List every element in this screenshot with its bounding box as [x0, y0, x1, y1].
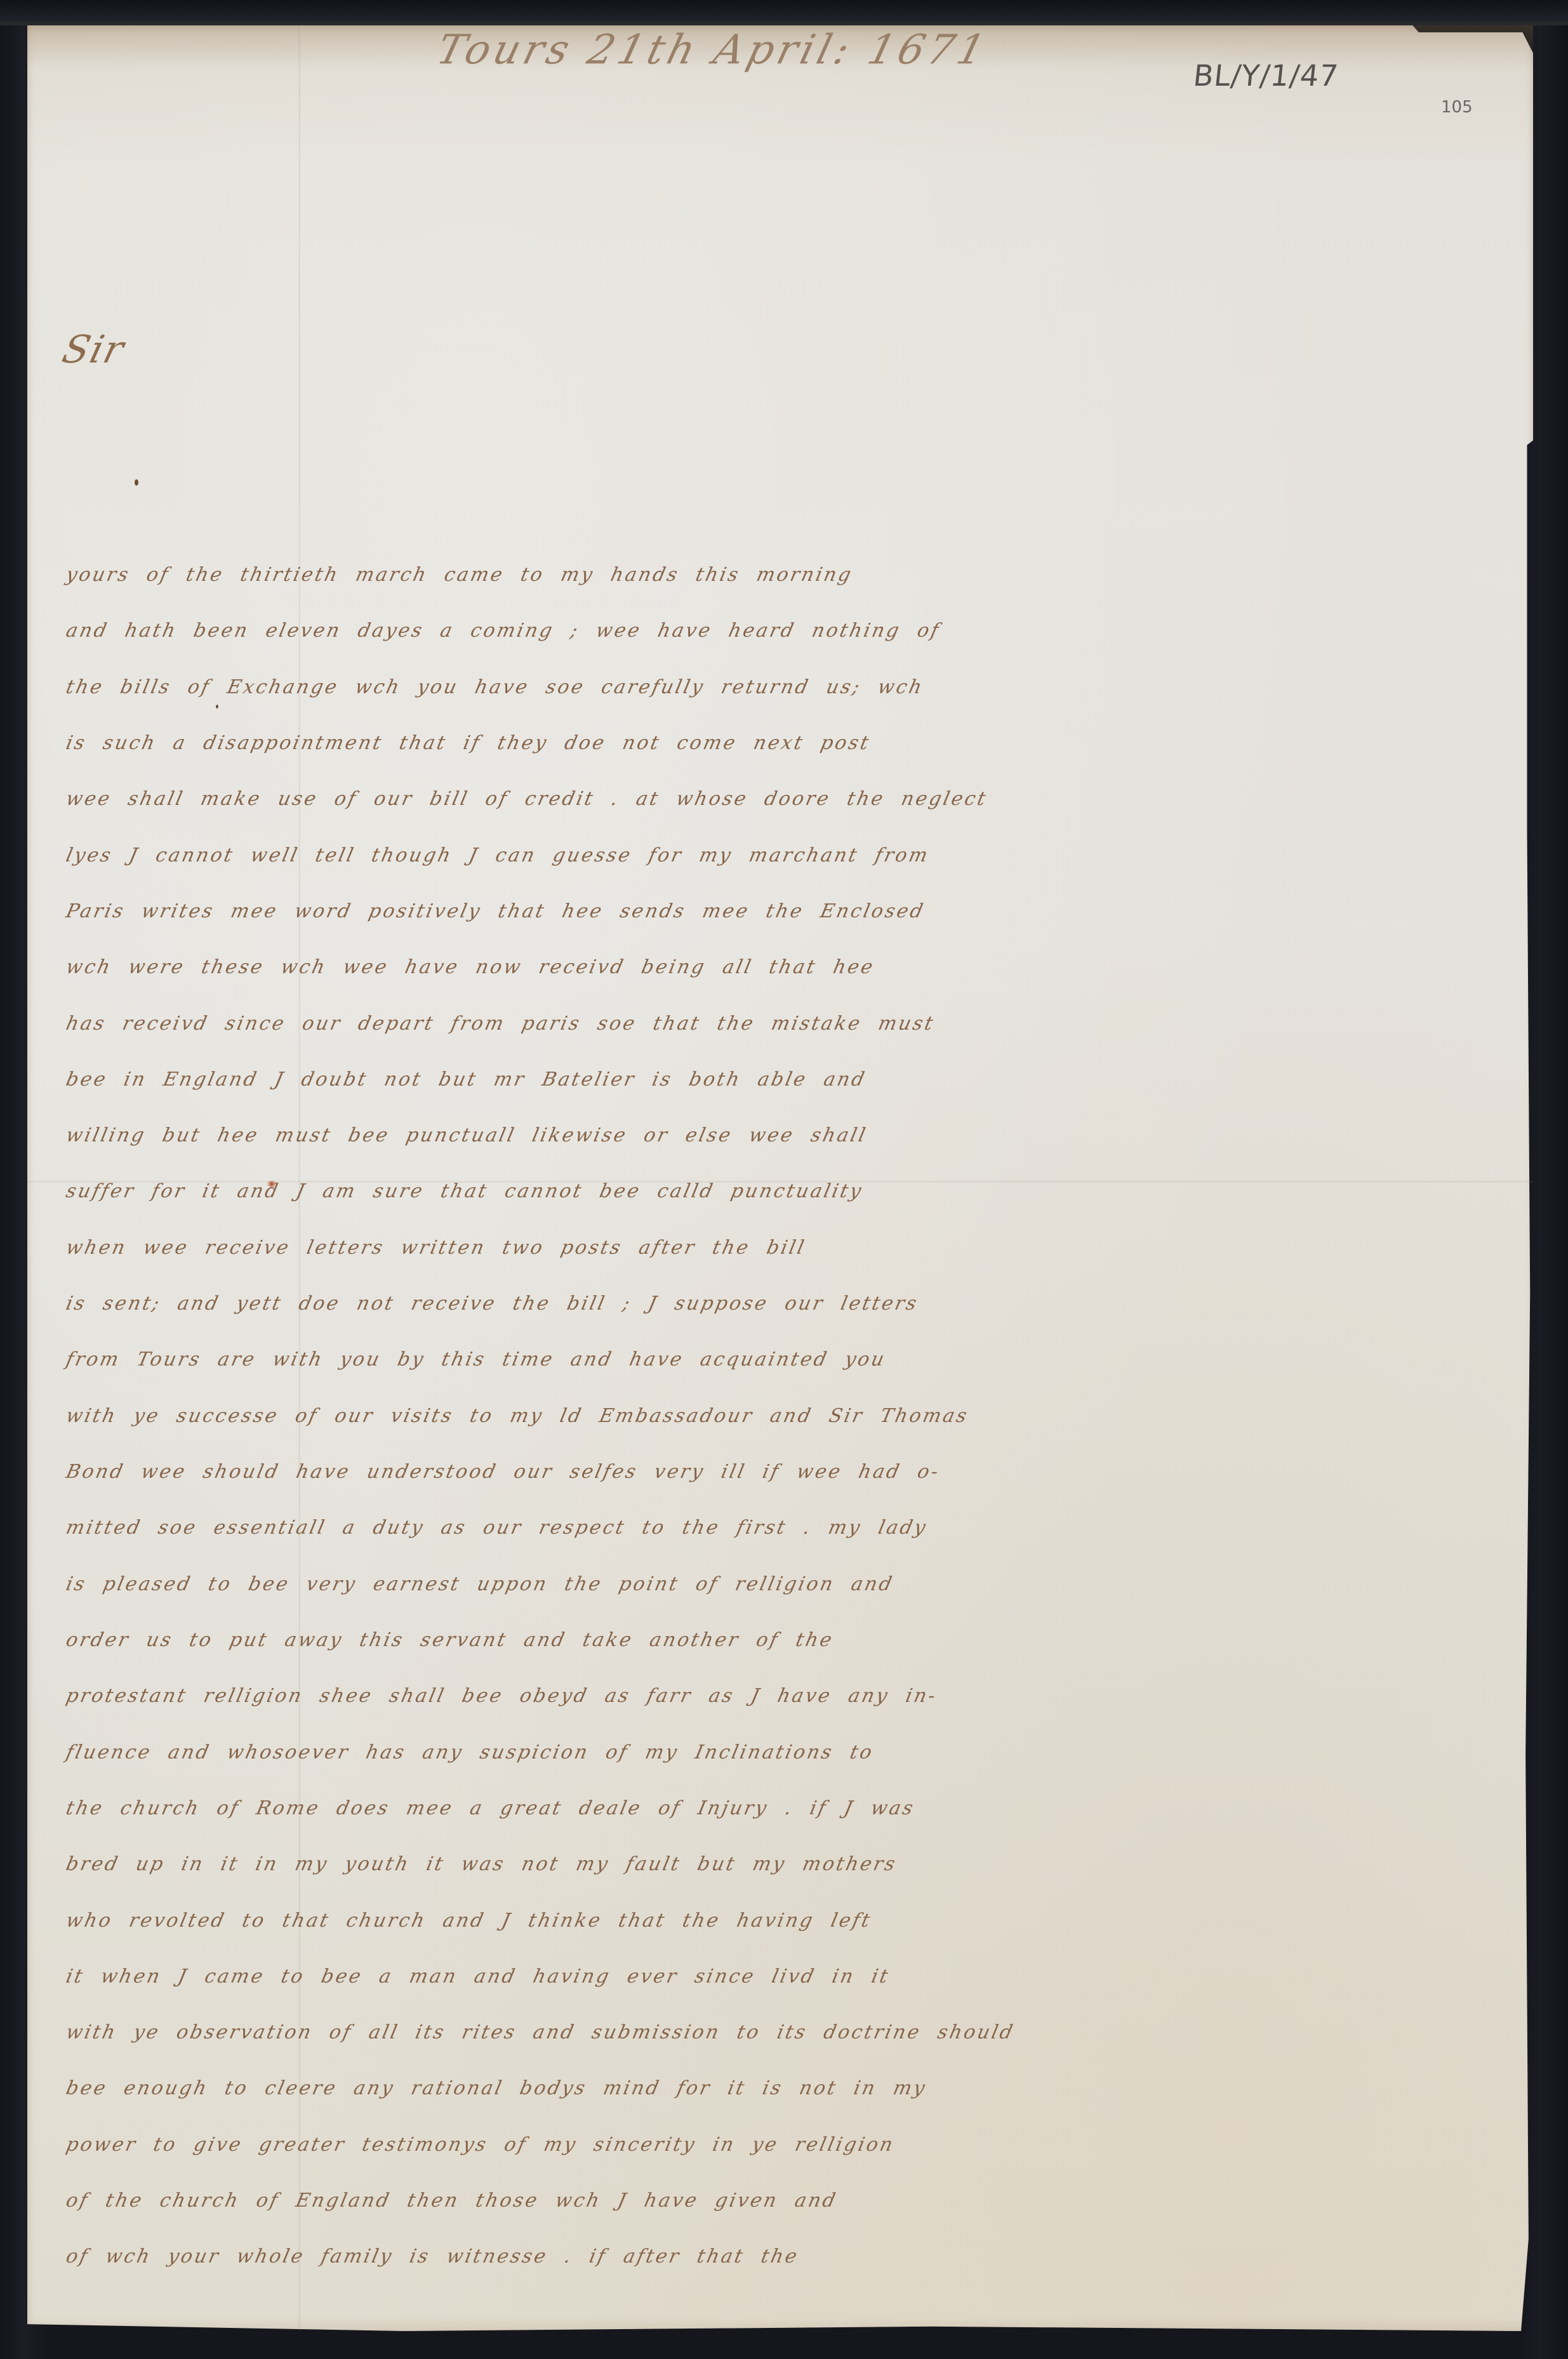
letter-line: with ye observation of all its rites and…: [60, 2005, 1532, 2061]
letter-line: order us to put away this servant and ta…: [60, 1612, 1532, 1668]
folio-number: 105: [1441, 98, 1473, 117]
letter-line: of the church of England then those wch …: [60, 2173, 1532, 2229]
letter-line: Bond wee should have understood our self…: [60, 1444, 1532, 1500]
letter-line: is pleased to bee very earnest uppon the…: [60, 1557, 1532, 1612]
salutation: Sir: [58, 328, 129, 372]
letter-line: has receivd since our depart from paris …: [60, 996, 1532, 1052]
letter-line: protestant relligion shee shall bee obey…: [60, 1668, 1532, 1724]
dateline: Tours 21th April: 1671: [432, 27, 993, 74]
letter-line: of wch your whole family is witnesse . i…: [60, 2229, 1532, 2285]
letter-body: yours of the thirtieth march came to my …: [60, 547, 1520, 2285]
letter-line: is sent; and yett doe not receive the bi…: [60, 1276, 1532, 1332]
letter-line: fluence and whosoever has any suspicion …: [60, 1725, 1532, 1781]
letter-line: and hath been eleven dayes a coming ; we…: [60, 603, 1532, 659]
letter-line: wee shall make use of our bill of credit…: [60, 771, 1532, 827]
letter-line: suffer for it and J am sure that cannot …: [60, 1164, 1532, 1219]
letter-line: is such a disappointment that if they do…: [60, 715, 1532, 771]
letter-line: bee in England J doubt not but mr Bateli…: [60, 1052, 1532, 1108]
rust-stain: [267, 1181, 277, 1187]
letter-line: power to give greater testimonys of my s…: [60, 2117, 1532, 2173]
scan-top-edge: [0, 0, 1568, 25]
letter-line: bee enough to cleere any rational bodys …: [60, 2061, 1532, 2116]
ink-speck: [216, 705, 218, 708]
archive-reference: BL/Y/1/47: [1192, 58, 1340, 93]
letter-line: yours of the thirtieth march came to my …: [60, 547, 1532, 603]
letter-line: lyes J cannot well tell though J can gue…: [60, 828, 1532, 884]
letter-line: willing but hee must bee punctuall likew…: [60, 1108, 1532, 1164]
letter-line: wch were these wch wee have now receivd …: [60, 940, 1532, 995]
letter-line: Paris writes mee word positively that he…: [60, 884, 1532, 940]
letter-line: mitted soe essentiall a duty as our resp…: [60, 1500, 1532, 1556]
letter-line: the church of Rome does mee a great deal…: [60, 1781, 1532, 1837]
letter-line: bred up in it in my youth it was not my …: [60, 1837, 1532, 1892]
letter-line: from Tours are with you by this time and…: [60, 1332, 1532, 1388]
ink-speck: [135, 479, 138, 486]
letter-line: with ye successe of our visits to my ld …: [60, 1388, 1532, 1444]
letter-line: the bills of Exchange wch you have soe c…: [60, 660, 1532, 715]
letter-line: when wee receive letters written two pos…: [60, 1220, 1532, 1276]
letter-line: who revolted to that church and J thinke…: [60, 1893, 1532, 1949]
letter-line: it when J came to bee a man and having e…: [60, 1949, 1532, 2005]
